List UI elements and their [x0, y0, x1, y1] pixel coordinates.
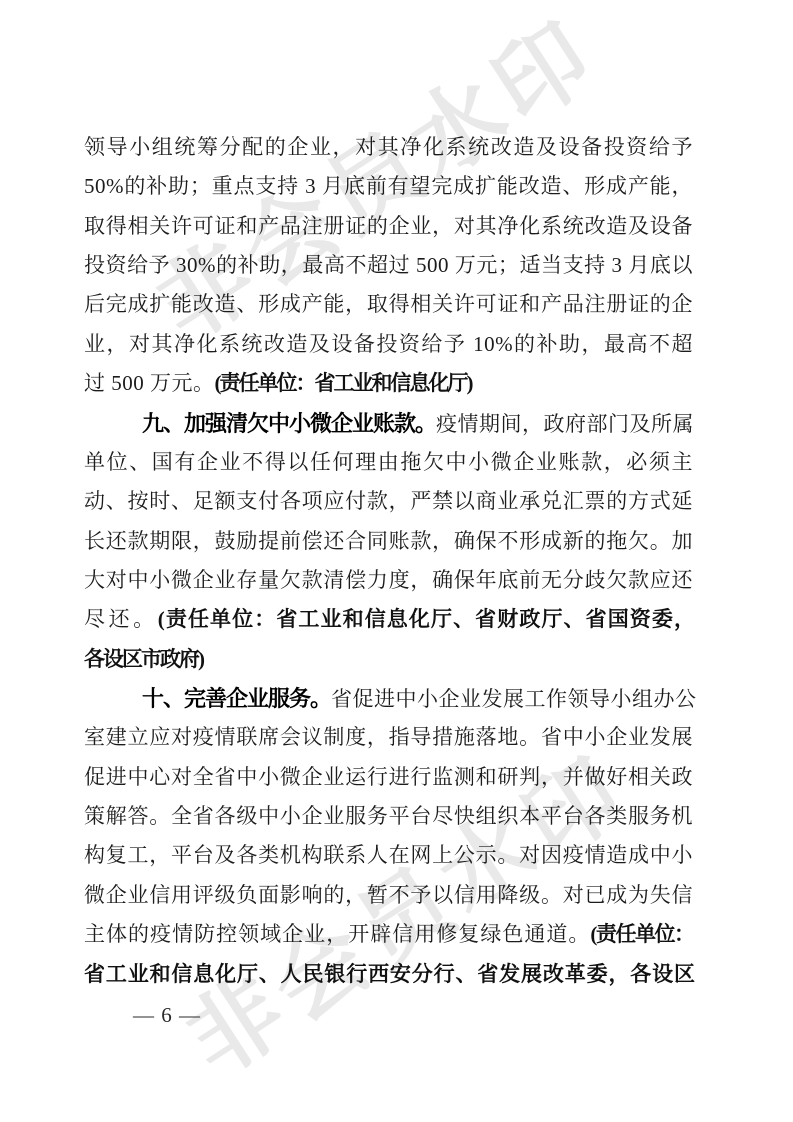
body-text-segment: 策解答。全省各级中小企业服务平台尽快组织本平台各类服务机 [84, 804, 693, 828]
body-text-segment: 投资给予 30%的补助，最高不超过 500 万元；适当支持 3 月底以 [84, 253, 693, 277]
text-line: 策解答。全省各级中小企业服务平台尽快组织本平台各类服务机 [84, 797, 693, 836]
body-text-segment: 室建立应对疫情联席会议制度，指导措施落地。省中小企业发展 [84, 725, 693, 749]
text-line: 领导小组统筹分配的企业，对其净化系统改造及设备投资给予 [84, 128, 693, 167]
body-text-segment: 动、按时、足额支付各项应付款，严禁以商业承兑汇票的方式延 [84, 489, 693, 513]
body-text-segment: 微企业信用评级负面影响的，暂不予以信用降级。对已成为失信 [84, 883, 693, 907]
body-text-segment: 疫情期间，政府部门及所属 [436, 412, 694, 436]
document-body: 领导小组统筹分配的企业，对其净化系统改造及设备投资给予50%的补助；重点支持 3… [84, 128, 693, 994]
body-text-segment: 领导小组统筹分配的企业，对其净化系统改造及设备投资给予 [84, 135, 693, 159]
responsible-unit-text: (责任单位：省工业和信息化厅) [215, 371, 472, 395]
text-line: 投资给予 30%的补助，最高不超过 500 万元；适当支持 3 月底以 [84, 246, 693, 285]
responsible-unit-text: (责任单位：省工业和信息化厅、省财政厅、省国资委， [158, 607, 693, 631]
text-line: 九、加强清欠中小微企业账款。疫情期间，政府部门及所属 [84, 404, 693, 443]
text-line: 50%的补助；重点支持 3 月底前有望完成扩能改造、形成产能， [84, 167, 693, 206]
responsible-unit-text: 省工业和信息化厅、人民银行西安分行、省发展改革委，各设区 [84, 962, 693, 986]
document-page: 非会员水印 非会员水印 领导小组统筹分配的企业，对其净化系统改造及设备投资给予5… [0, 0, 793, 1122]
body-text-segment: 促进中心对全省中小微企业运行进行监测和研判，并做好相关政 [84, 765, 693, 789]
text-line: 动、按时、足额支付各项应付款，严禁以商业承兑汇票的方式延 [84, 482, 693, 521]
text-line: 十、完善企业服务。省促进中小企业发展工作领导小组办公 [84, 679, 693, 718]
text-line: 过 500 万元。(责任单位：省工业和信息化厅) [84, 364, 693, 403]
text-line: 促进中心对全省中小微企业运行进行监测和研判，并做好相关政 [84, 758, 693, 797]
responsible-unit-text: (责任单位： [590, 922, 693, 946]
body-text-segment: 构复工，平台及各类机构联系人在网上公示。对因疫情造成中小 [84, 843, 693, 867]
body-text-segment: 主体的疫情防控领域企业，开辟信用修复绿色通道。 [84, 922, 590, 946]
section-heading: 十、完善企业服务。 [142, 686, 331, 711]
body-text-segment: 过 500 万元。 [84, 371, 215, 395]
footer-page-number: — 6 — [133, 1000, 201, 1030]
text-line: 主体的疫情防控领域企业，开辟信用修复绿色通道。(责任单位： [84, 915, 693, 954]
text-line: 省工业和信息化厅、人民银行西安分行、省发展改革委，各设区 [84, 955, 693, 994]
text-line: 单位、国有企业不得以任何理由拖欠中小微企业账款，必须主 [84, 443, 693, 482]
text-line: 构复工，平台及各类机构联系人在网上公示。对因疫情造成中小 [84, 836, 693, 875]
text-line: 微企业信用评级负面影响的，暂不予以信用降级。对已成为失信 [84, 876, 693, 915]
text-line: 取得相关许可证和产品注册证的企业，对其净化系统改造及设备 [84, 207, 693, 246]
text-line: 后完成扩能改造、形成产能，取得相关许可证和产品注册证的企 [84, 285, 693, 324]
body-text-segment: 大对中小微企业存量欠款清偿力度，确保年底前无分歧欠款应还 [84, 568, 693, 592]
text-line: 长还款期限，鼓励提前偿还合同账款，确保不形成新的拖欠。加 [84, 522, 693, 561]
body-text-segment: 省促进中小企业发展工作领导小组办公 [331, 687, 697, 711]
body-text-segment: 长还款期限，鼓励提前偿还合同账款，确保不形成新的拖欠。加 [84, 529, 693, 553]
body-text-segment: 尽还。 [84, 607, 158, 631]
body-text-segment: 取得相关许可证和产品注册证的企业，对其净化系统改造及设备 [84, 214, 693, 238]
body-text-segment: 50%的补助；重点支持 3 月底前有望完成扩能改造、形成产能， [84, 174, 693, 198]
text-line: 各设区市政府) [84, 640, 693, 679]
body-text-segment: 单位、国有企业不得以任何理由拖欠中小微企业账款，必须主 [84, 450, 693, 474]
body-text-segment: 后完成扩能改造、形成产能，取得相关许可证和产品注册证的企 [84, 292, 693, 316]
responsible-unit-text: 各设区市政府) [84, 647, 203, 671]
body-text-segment: 业，对其净化系统改造及设备投资给予 10%的补助，最高不超 [84, 332, 693, 356]
text-line: 尽还。(责任单位：省工业和信息化厅、省财政厅、省国资委， [84, 600, 693, 639]
section-heading: 九、加强清欠中小微企业账款。 [142, 411, 436, 436]
text-line: 业，对其净化系统改造及设备投资给予 10%的补助，最高不超 [84, 325, 693, 364]
text-line: 大对中小微企业存量欠款清偿力度，确保年底前无分歧欠款应还 [84, 561, 693, 600]
text-line: 室建立应对疫情联席会议制度，指导措施落地。省中小企业发展 [84, 718, 693, 757]
